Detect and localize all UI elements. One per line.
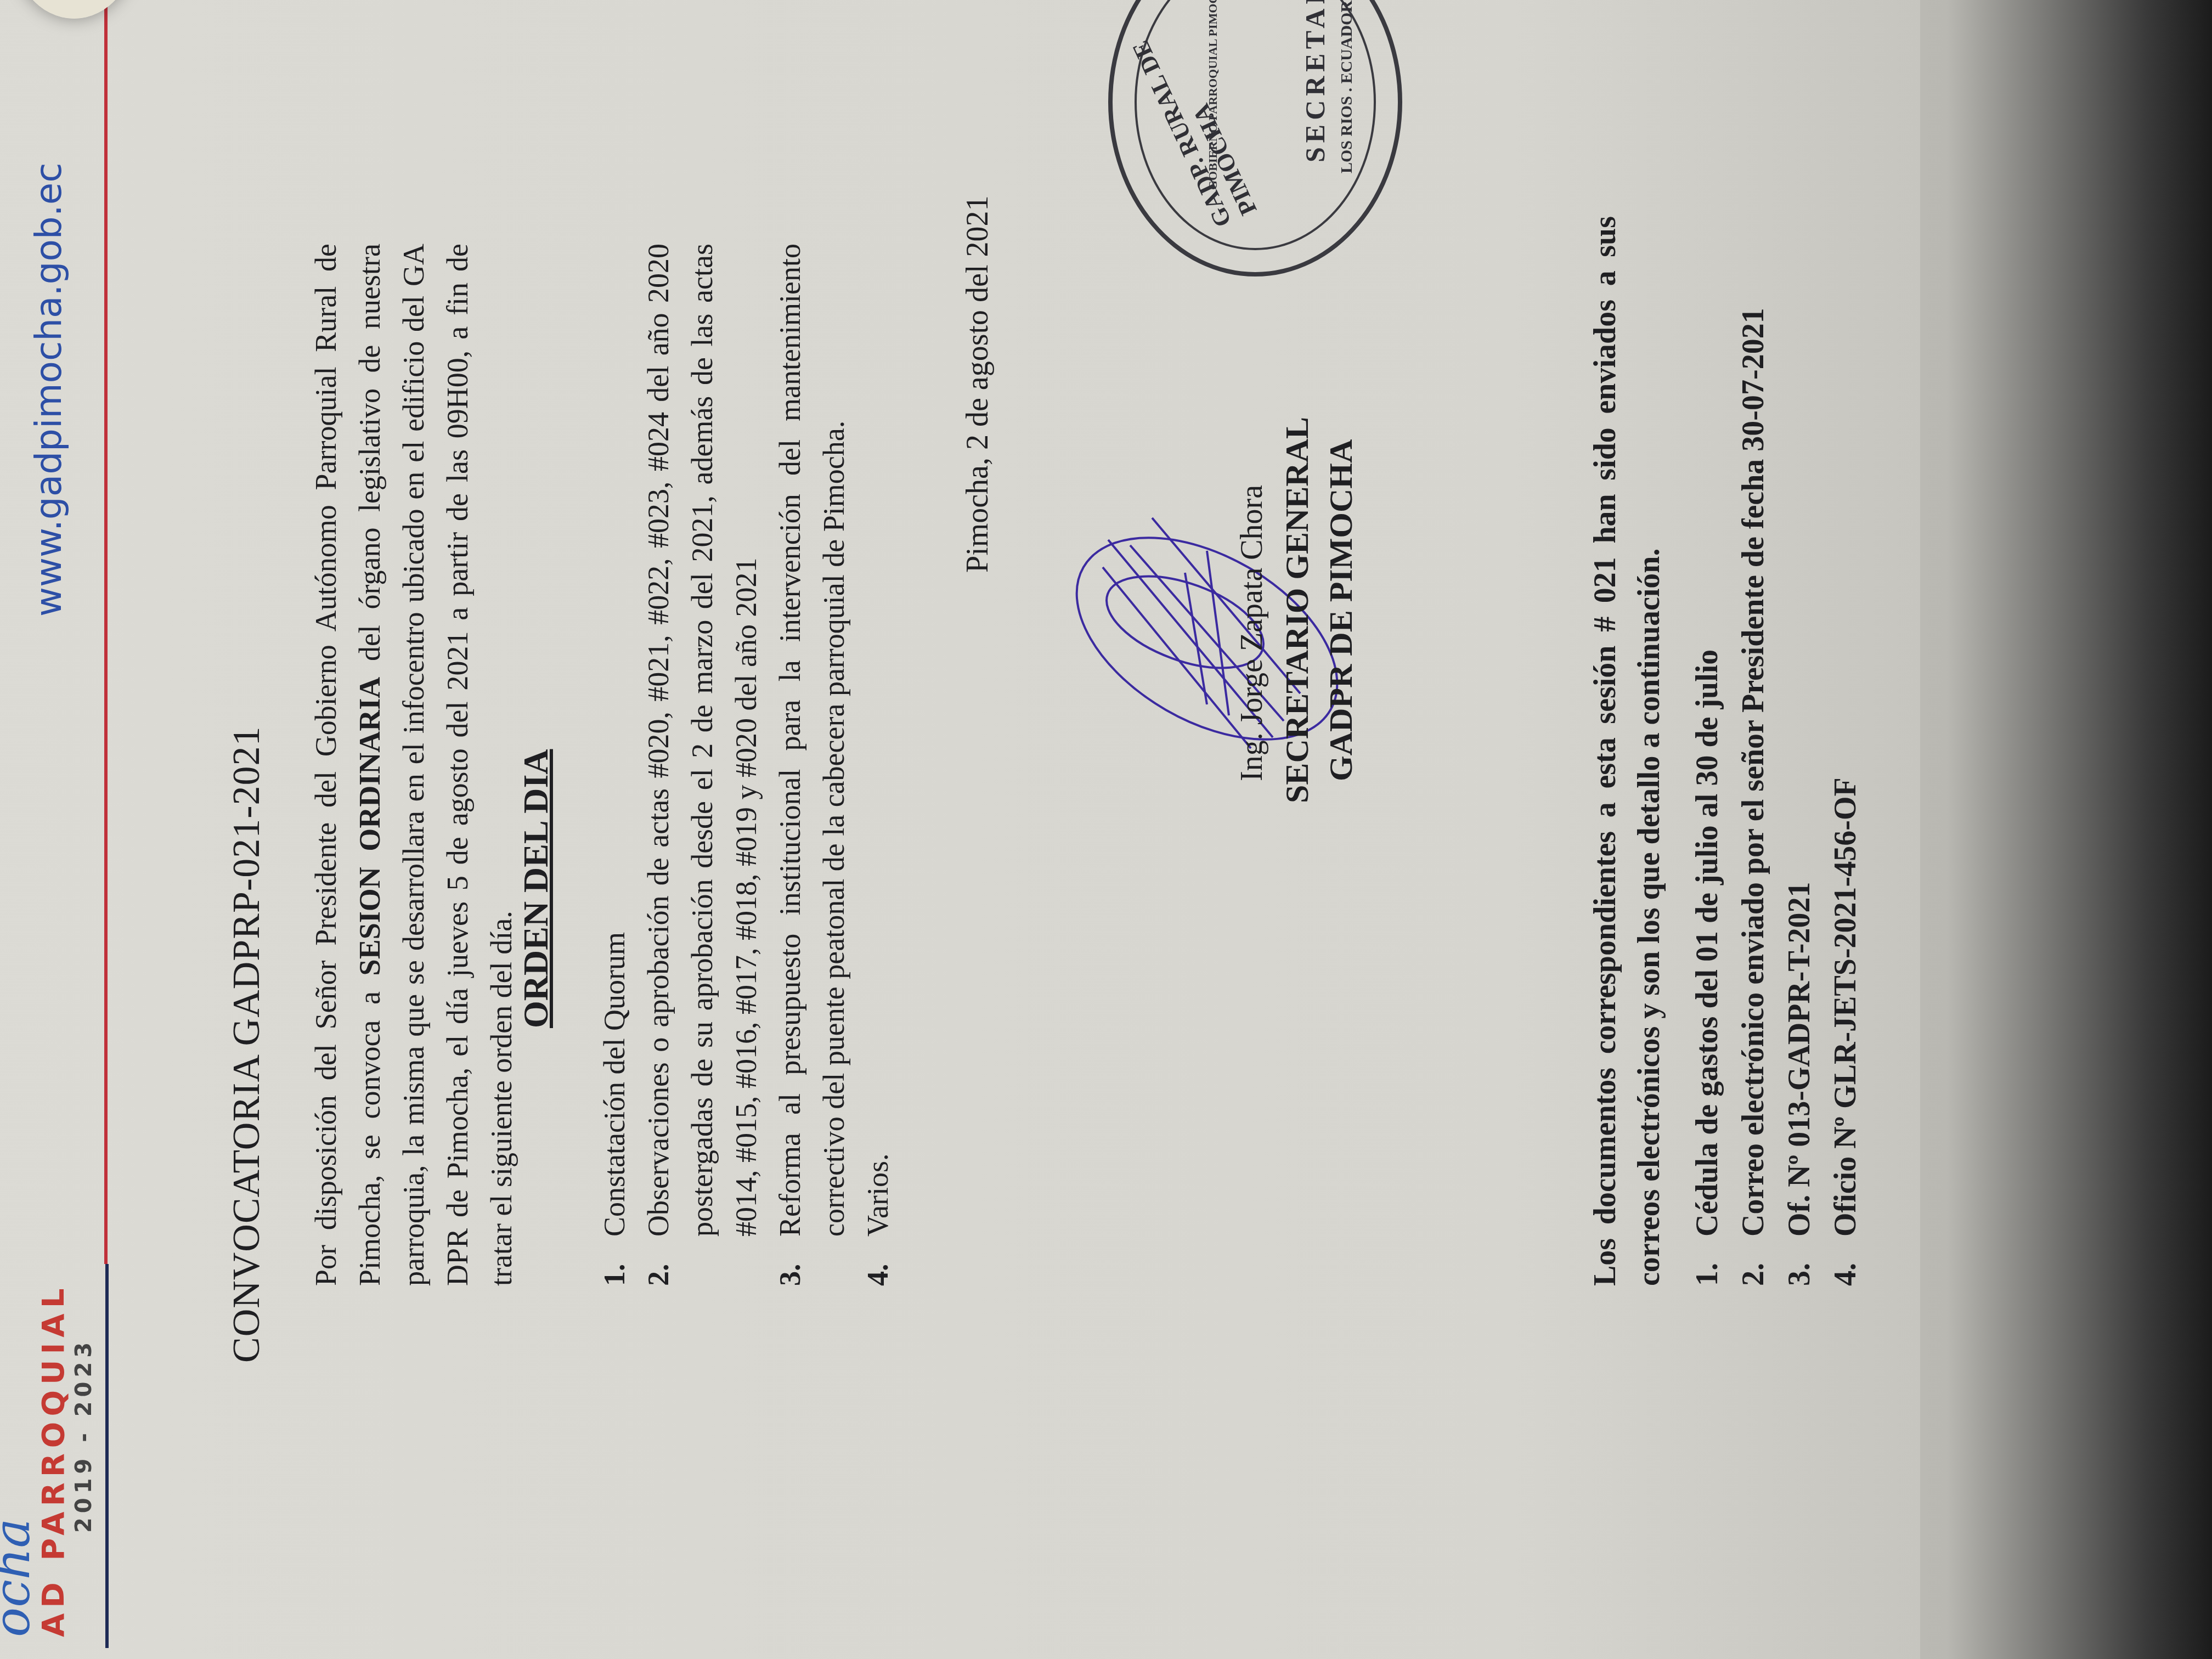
document-item-number: 3. <box>1776 1263 1822 1286</box>
signatory-role: SECRETARIO GENERAL <box>1278 417 1316 803</box>
documents-intro: Los documentos correspondientes a esta s… <box>1583 216 1671 1286</box>
document-item-text: Of. Nº 013-GADPR-T-2021 <box>1782 882 1816 1237</box>
agenda-item-number: 2. <box>636 1264 680 1286</box>
document-item-text: Cédula de gastos del 01 de julio al 30 d… <box>1690 650 1724 1237</box>
agenda-item-number: 4. <box>856 1264 900 1286</box>
signatory-organization: GADPR DE PIMOCHA <box>1322 439 1360 781</box>
document-page: ocha AD PARROQUIAL 2019 - 2023 www.gadpi… <box>0 0 1920 1659</box>
agenda-item: 1.Constatación del Quorum <box>592 244 636 1286</box>
letterhead-rule-dark <box>105 1264 109 1648</box>
document-item-number: 2. <box>1730 1263 1776 1286</box>
place-and-date: Pimocha, 2 de agosto del 2021 <box>960 196 995 573</box>
document-title: CONVOCATORIA GADPRP-021-2021 <box>225 726 269 1363</box>
seal-inner-text: GOBIERNO PARROQUIAL PIMOCHA <box>1206 0 1220 190</box>
brand-logo-script: ocha <box>0 1519 41 1637</box>
document-item-text: Correo electrónico enviado por el señor … <box>1736 308 1770 1237</box>
documents-list: 1.Cédula de gastos del 01 de julio al 30… <box>1684 308 1869 1286</box>
document-item-number: 4. <box>1822 1263 1869 1286</box>
document-item-number: 1. <box>1684 1263 1730 1286</box>
agenda-item-number: 3. <box>768 1264 812 1286</box>
agenda-list: 1.Constatación del Quorum 2.Observacione… <box>592 244 900 1286</box>
document-item: 2.Correo electrónico enviado por el seño… <box>1730 308 1776 1286</box>
agenda-item-number: 1. <box>592 1264 636 1286</box>
parish-coat-of-arms-icon <box>11 0 137 19</box>
agenda-item: 2.Observaciones o aprobación de actas #0… <box>636 244 768 1286</box>
brand-gad-parroquial: AD PARROQUIAL <box>36 1283 71 1637</box>
official-seal-stamp: GADP. RURAL DE PIMOCHA GOBIERNO PARROQUI… <box>1108 0 1402 276</box>
agenda-item: 3.Reforma al presupuesto institucional p… <box>768 244 856 1286</box>
document-item: 4.Oficio Nº GLR-JETS-2021-456-OF <box>1822 308 1869 1286</box>
agenda-item-text: Reforma al presupuesto institucional par… <box>774 244 850 1237</box>
seal-center-text: SECRETARIA <box>1299 0 1331 162</box>
agenda-item-text: Constatación del Quorum <box>598 932 631 1237</box>
agenda-item: 4.Varios. <box>856 244 900 1286</box>
seal-bottom-text: LOS RIOS . ECUADOR <box>1338 1 1356 173</box>
document-item: 3.Of. Nº 013-GADPR-T-2021 <box>1776 308 1822 1286</box>
document-item: 1.Cédula de gastos del 01 de julio al 30… <box>1684 308 1730 1286</box>
intro-text-bold: SESION ORDINARIA <box>353 677 386 976</box>
agenda-item-text: Observaciones o aprobación de actas #020… <box>642 244 763 1237</box>
document-item-text: Oficio Nº GLR-JETS-2021-456-OF <box>1829 777 1863 1237</box>
agenda-heading: ORDEN DEL DIA <box>516 749 556 1028</box>
agenda-item-text: Varios. <box>861 1154 894 1237</box>
signatory-name: Ing. Jorge Zapata Chora <box>1234 485 1269 781</box>
website-url: www.gadpimocha.gob.ec <box>27 162 70 617</box>
brand-term-years: 2019 - 2023 <box>71 1338 97 1533</box>
intro-paragraph: Por disposición del Señor Presidente del… <box>304 244 523 1286</box>
letterhead-rule-red <box>104 0 108 1264</box>
